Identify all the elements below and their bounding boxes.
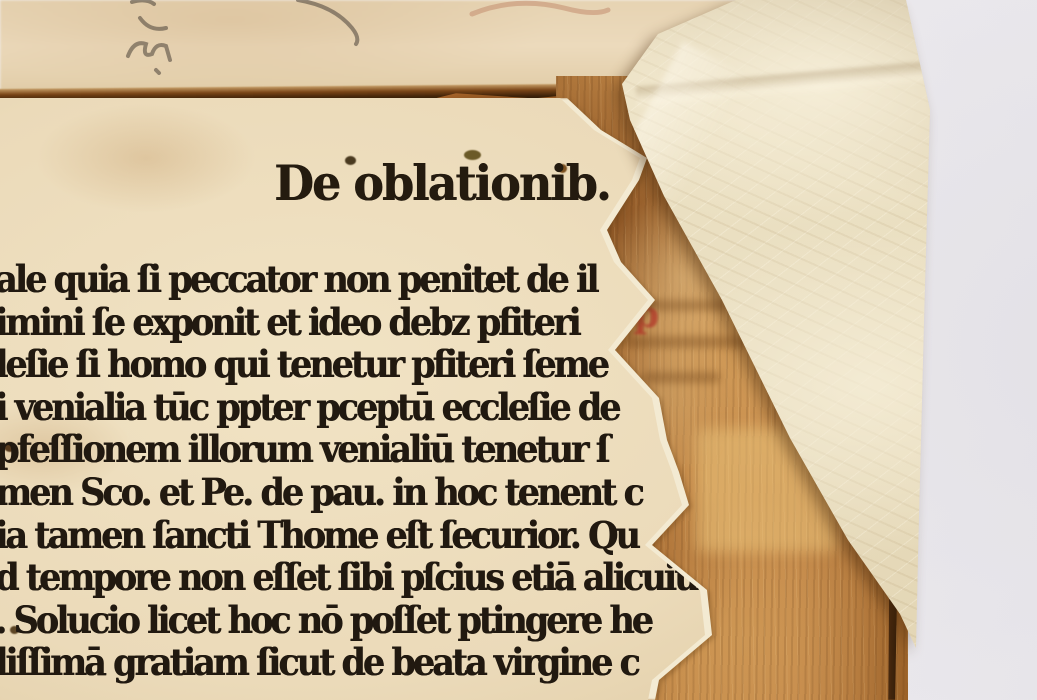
vellum-flap-wrap [0,0,1037,700]
vellum-cover-flap [0,0,1037,700]
book-photograph: p De oblationib. ale quia ſi peccator no… [0,0,1037,700]
